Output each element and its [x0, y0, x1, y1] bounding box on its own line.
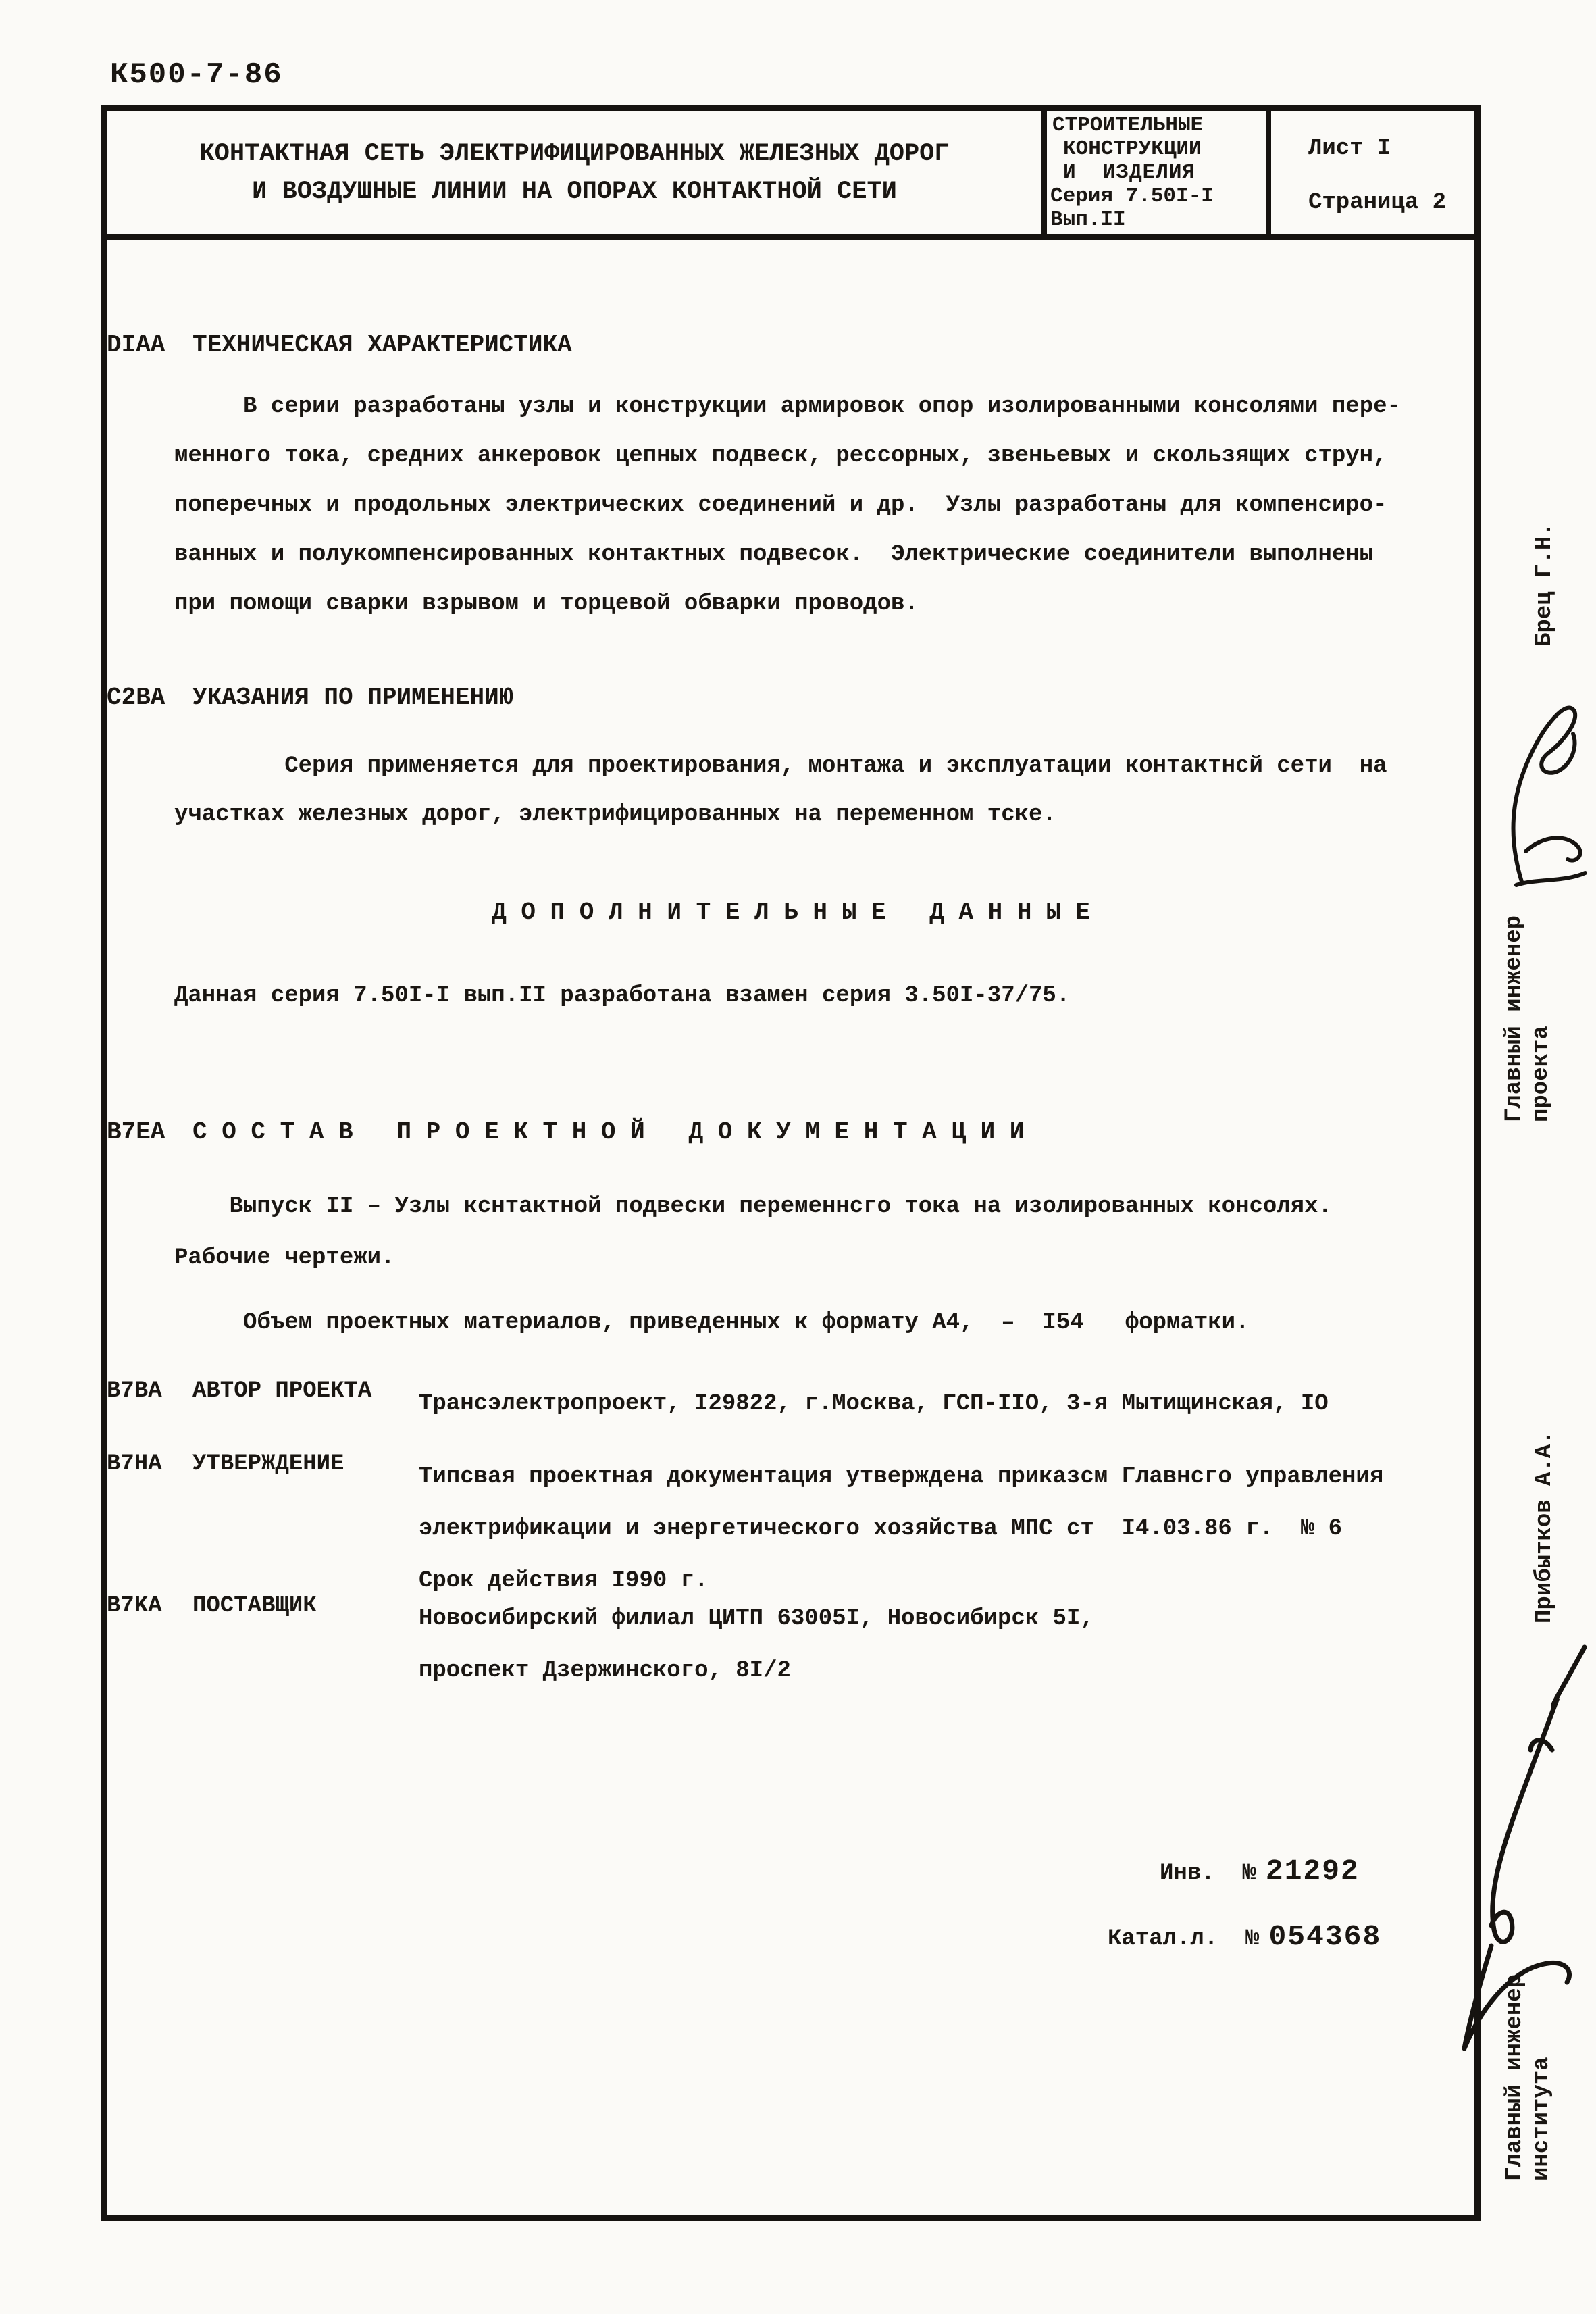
- section-supplier-value: Новосибирский филиал ЦИТП 63005I, Новоси…: [419, 1593, 1444, 1697]
- section-supplier-row: B7KA ПОСТАВЩИК Новосибирский филиал ЦИТП…: [107, 1593, 1444, 1697]
- section-author-row: B7BA АВТОР ПРОЕКТА Трансэлектропроект, I…: [107, 1378, 1444, 1430]
- issue-label: Вып.II: [1047, 208, 1266, 232]
- inventory-label: Инв. №: [1160, 1861, 1256, 1886]
- scanned-document-page: К500-7-86 КОНТАКТНАЯ СЕТЬ ЭЛЕКТРИФИЦИРОВ…: [0, 0, 1596, 2314]
- section-composition-volume: Объем проектных материалов, приведенных …: [174, 1299, 1435, 1348]
- inventory-number: 21292: [1266, 1855, 1360, 1888]
- section-author-title: АВТОР ПРОЕКТА: [192, 1378, 419, 1430]
- section-usage-heading: C2BA УКАЗАНИЯ ПО ПРИМЕНЕНИЮ: [107, 684, 513, 711]
- signature-project-engineer: [1503, 682, 1591, 892]
- section-approval-title: УТВЕРЖДЕНИЕ: [192, 1451, 419, 1607]
- signature-institute-engineer-strokes: [1452, 1635, 1594, 2067]
- project-engineer-name-vertical: Брец Г.Н.: [1531, 522, 1558, 647]
- signature-institute-engineer: [1452, 1635, 1594, 2067]
- section-tech-body: В серии разработаны узлы и конструкции а…: [174, 382, 1435, 629]
- section-author-code: B7BA: [107, 1378, 192, 1430]
- section-tech-title: ТЕХНИЧЕСКАЯ ХАРАКТЕРИСТИКА: [192, 331, 572, 359]
- page-label: Страница 2: [1308, 190, 1474, 216]
- header-sheet-cell: Лист I Страница 2: [1266, 111, 1474, 234]
- signature-project-engineer-strokes: [1503, 682, 1591, 892]
- section-usage-title: УКАЗАНИЯ ПО ПРИМЕНЕНИЮ: [192, 684, 513, 711]
- inventory-line: Инв. № 21292: [1160, 1855, 1360, 1888]
- section-composition-heading: B7EA С О С Т А В П Р О Е К Т Н О Й Д О К…: [107, 1118, 1024, 1146]
- section-usage-body: Серия применяется для проектирования, мо…: [174, 742, 1435, 839]
- institute-engineer-name-vertical: Прибытков А.А.: [1531, 1430, 1558, 1624]
- series-label: Серия 7.50I-I: [1047, 184, 1266, 208]
- classification-line-1: СТРОИТЕЛЬНЫЕ: [1047, 114, 1266, 137]
- additional-data-body: Данная серия 7.50I-I вып.II разработана …: [174, 972, 1435, 1021]
- section-approval-code: B7HA: [107, 1451, 192, 1607]
- catalog-number: 054368: [1268, 1920, 1381, 1953]
- project-engineer-role-vertical: Главный инженер проекта: [1501, 915, 1555, 1122]
- section-tech-heading: DIAA ТЕХНИЧЕСКАЯ ХАРАКТЕРИСТИКА: [107, 331, 572, 359]
- title-line-2: И ВОЗДУШНЫЕ ЛИНИИ НА ОПОРАХ КОНТАКТНОЙ С…: [252, 173, 897, 211]
- section-composition-code: B7EA: [107, 1118, 192, 1146]
- section-author-value: Трансэлектропроект, I29822, г.Москва, ГС…: [419, 1378, 1444, 1430]
- section-composition-body: Выпуск II – Узлы кснтактной подвески пер…: [174, 1181, 1435, 1284]
- section-approval-row: B7HA УТВЕРЖДЕНИЕ Типсвая проектная докум…: [107, 1451, 1444, 1607]
- sheet-label: Лист I: [1308, 136, 1474, 161]
- section-usage-code: C2BA: [107, 684, 192, 711]
- catalog-label: Катал.л. №: [1108, 1926, 1259, 1952]
- classification-line-2: КОНСТРУКЦИИ: [1047, 137, 1266, 161]
- additional-data-heading: Д О П О Л Н И Т Е Л Ь Н Ы Е Д А Н Н Ы Е: [101, 899, 1481, 926]
- section-supplier-title: ПОСТАВЩИК: [192, 1593, 419, 1697]
- section-supplier-code: B7KA: [107, 1593, 192, 1697]
- header-title-cell: КОНТАКТНАЯ СЕТЬ ЭЛЕКТРИФИЦИРОВАННЫХ ЖЕЛЕ…: [107, 111, 1041, 234]
- header-classification-cell: СТРОИТЕЛЬНЫЕ КОНСТРУКЦИИ И ИЗДЕЛИЯ Серия…: [1041, 111, 1266, 234]
- section-tech-code: DIAA: [107, 331, 192, 359]
- section-approval-value: Типсвая проектная документация утвержден…: [419, 1451, 1444, 1607]
- section-composition-title: С О С Т А В П Р О Е К Т Н О Й Д О К У М …: [192, 1118, 1024, 1146]
- doc-code: К500-7-86: [110, 58, 283, 92]
- classification-line-3: И ИЗДЕЛИЯ: [1047, 161, 1266, 184]
- title-line-1: КОНТАКТНАЯ СЕТЬ ЭЛЕКТРИФИЦИРОВАННЫХ ЖЕЛЕ…: [199, 135, 949, 173]
- catalog-line: Катал.л. № 054368: [1108, 1920, 1381, 1953]
- document-header: КОНТАКТНАЯ СЕТЬ ЭЛЕКТРИФИЦИРОВАННЫХ ЖЕЛЕ…: [107, 111, 1474, 240]
